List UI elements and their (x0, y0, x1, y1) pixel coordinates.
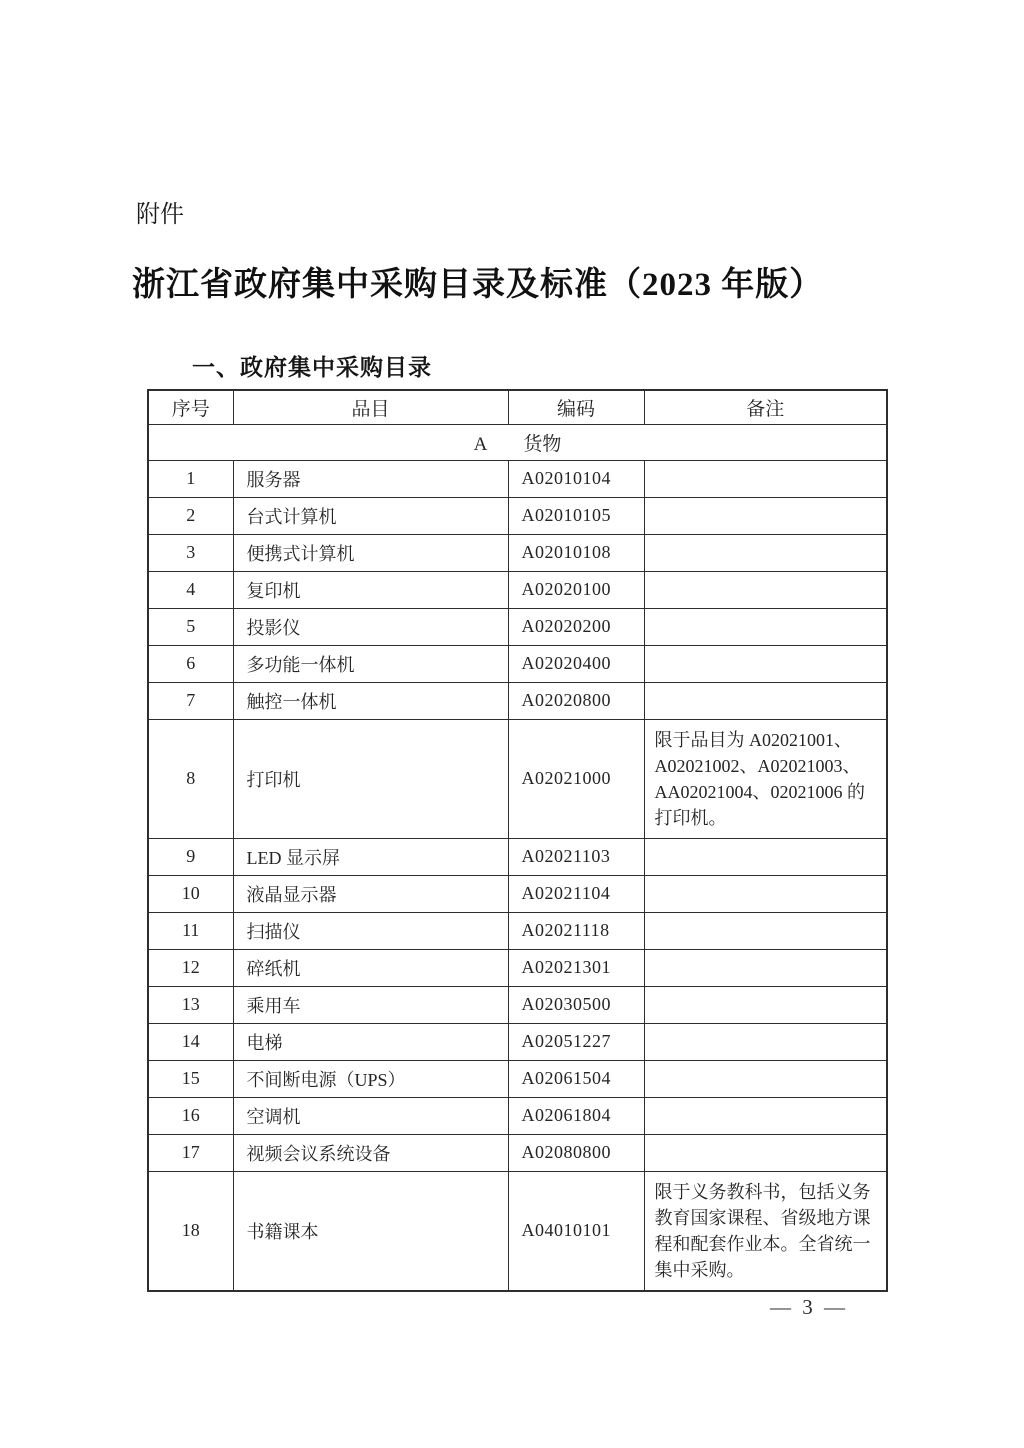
category-label: 货物 (523, 434, 561, 455)
row-no: 12 (148, 949, 233, 986)
row-no: 3 (148, 534, 233, 571)
row-remark (644, 608, 887, 645)
row-code: A02021103 (508, 838, 644, 875)
table-row: 4 复印机 A02020100 (148, 571, 887, 608)
table-row: 10 液晶显示器 A02021104 (148, 875, 887, 912)
row-code: A02061804 (508, 1097, 644, 1134)
row-remark (644, 912, 887, 949)
table-row: 7 触控一体机 A02020800 (148, 682, 887, 719)
row-item: 书籍课本 (233, 1171, 508, 1291)
row-remark (644, 534, 887, 571)
row-remark (644, 645, 887, 682)
document-title: 浙江省政府集中采购目录及标准（2023 年版） (132, 258, 892, 305)
column-header-no: 序号 (148, 390, 233, 424)
category-cell: A货物 (148, 424, 887, 460)
row-remark (644, 682, 887, 719)
category-row-goods: A货物 (148, 424, 887, 460)
row-remark: 限于品目为 A02021001、A02021002、A02021003、AA02… (644, 719, 887, 838)
table-row: 5 投影仪 A02020200 (148, 608, 887, 645)
row-no: 9 (148, 838, 233, 875)
row-no: 18 (148, 1171, 233, 1291)
column-header-item: 品目 (233, 390, 508, 424)
row-item: 扫描仪 (233, 912, 508, 949)
table-header-row: 序号 品目 编码 备注 (148, 390, 887, 424)
row-item: 电梯 (233, 1023, 508, 1060)
row-remark: 限于义务教科书，包括义务教育国家课程、省级地方课程和配套作业本。全省统一集中采购… (644, 1171, 887, 1291)
row-item: 液晶显示器 (233, 875, 508, 912)
row-no: 8 (148, 719, 233, 838)
row-code: A02080800 (508, 1134, 644, 1171)
row-no: 17 (148, 1134, 233, 1171)
row-item: 投影仪 (233, 608, 508, 645)
row-remark (644, 1097, 887, 1134)
table-row-printer: 8 打印机 A02021000 限于品目为 A02021001、A0202100… (148, 719, 887, 838)
row-remark (644, 1134, 887, 1171)
row-no: 16 (148, 1097, 233, 1134)
table-row: 16 空调机 A02061804 (148, 1097, 887, 1134)
row-no: 14 (148, 1023, 233, 1060)
row-item: LED 显示屏 (233, 838, 508, 875)
row-code: A02021104 (508, 875, 644, 912)
row-item: 乘用车 (233, 986, 508, 1023)
section-heading: 一、政府集中采购目录 (192, 349, 432, 382)
row-no: 11 (148, 912, 233, 949)
table-row: 14 电梯 A02051227 (148, 1023, 887, 1060)
row-code: A02051227 (508, 1023, 644, 1060)
row-item: 碎纸机 (233, 949, 508, 986)
row-code: A02020200 (508, 608, 644, 645)
row-remark (644, 571, 887, 608)
row-item: 台式计算机 (233, 497, 508, 534)
table-row: 11 扫描仪 A02021118 (148, 912, 887, 949)
row-code: A02010105 (508, 497, 644, 534)
row-no: 2 (148, 497, 233, 534)
row-item: 视频会议系统设备 (233, 1134, 508, 1171)
row-no: 13 (148, 986, 233, 1023)
row-remark (644, 949, 887, 986)
row-remark (644, 460, 887, 497)
row-code: A02021118 (508, 912, 644, 949)
table-row: 2 台式计算机 A02010105 (148, 497, 887, 534)
row-remark (644, 838, 887, 875)
row-remark (644, 986, 887, 1023)
row-code: A04010101 (508, 1171, 644, 1291)
document-page: 附件 浙江省政府集中采购目录及标准（2023 年版） 一、政府集中采购目录 序号… (0, 0, 1024, 1448)
row-code: A02010104 (508, 460, 644, 497)
row-no: 6 (148, 645, 233, 682)
row-item: 不间断电源（UPS） (233, 1060, 508, 1097)
column-header-code: 编码 (508, 390, 644, 424)
row-code: A02021301 (508, 949, 644, 986)
row-item: 便携式计算机 (233, 534, 508, 571)
attachment-label: 附件 (136, 194, 184, 229)
row-no: 4 (148, 571, 233, 608)
row-item: 空调机 (233, 1097, 508, 1134)
row-remark (644, 497, 887, 534)
row-item: 服务器 (233, 460, 508, 497)
row-item: 复印机 (233, 571, 508, 608)
table-row: 17 视频会议系统设备 A02080800 (148, 1134, 887, 1171)
row-no: 10 (148, 875, 233, 912)
table-row: 9 LED 显示屏 A02021103 (148, 838, 887, 875)
row-code: A02061504 (508, 1060, 644, 1097)
table-row-textbooks: 18 书籍课本 A04010101 限于义务教科书，包括义务教育国家课程、省级地… (148, 1171, 887, 1291)
row-remark (644, 1060, 887, 1097)
row-code: A02020800 (508, 682, 644, 719)
table-row: 3 便携式计算机 A02010108 (148, 534, 887, 571)
row-item: 打印机 (233, 719, 508, 838)
table-row: 6 多功能一体机 A02020400 (148, 645, 887, 682)
row-item: 多功能一体机 (233, 645, 508, 682)
row-no: 15 (148, 1060, 233, 1097)
table-row: 1 服务器 A02010104 (148, 460, 887, 497)
row-code: A02030500 (508, 986, 644, 1023)
row-no: 1 (148, 460, 233, 497)
row-no: 7 (148, 682, 233, 719)
category-letter: A (474, 434, 488, 456)
procurement-catalog-table: 序号 品目 编码 备注 A货物 1 服务器 A02010104 2 台式计算机 … (147, 389, 888, 1292)
row-code: A02020100 (508, 571, 644, 608)
table-row: 15 不间断电源（UPS） A02061504 (148, 1060, 887, 1097)
row-code: A02020400 (508, 645, 644, 682)
page-number: — 3 — (770, 1295, 848, 1320)
row-item: 触控一体机 (233, 682, 508, 719)
table-row: 12 碎纸机 A02021301 (148, 949, 887, 986)
table-row: 13 乘用车 A02030500 (148, 986, 887, 1023)
column-header-remark: 备注 (644, 390, 887, 424)
row-code: A02010108 (508, 534, 644, 571)
row-remark (644, 875, 887, 912)
row-code: A02021000 (508, 719, 644, 838)
row-remark (644, 1023, 887, 1060)
row-no: 5 (148, 608, 233, 645)
